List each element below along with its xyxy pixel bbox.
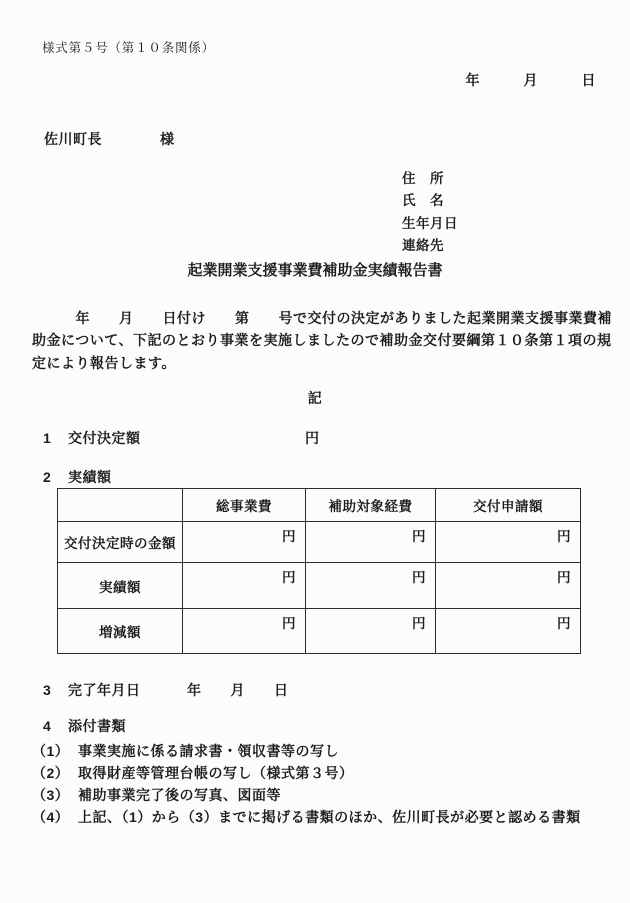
attachment-text-4: 上記、（1）から（3）までに掲げる書類のほか、佐川町長が必要と認める書類: [78, 809, 581, 825]
amount-cell-decision-total: 円: [183, 522, 306, 563]
applicant-contact-label: 連絡先: [402, 235, 458, 257]
attachment-list: （1）事業実施に係る請求書・領収書等の写し （2）取得財産等管理台帳の写し（様式…: [32, 740, 581, 828]
attachment-item-1: （1）事業実施に係る請求書・領収書等の写し: [32, 740, 581, 762]
attachment-item-2: （2）取得財産等管理台帳の写し（様式第３号）: [32, 762, 581, 784]
item-3-line: 3完了年月日: [43, 680, 141, 700]
item-3-label: 完了年月日: [68, 682, 141, 698]
item-1-number: 1: [43, 430, 68, 446]
amount-cell-actual-application: 円: [436, 563, 581, 609]
applicant-birthdate-label: 生年月日: [402, 213, 458, 235]
applicant-name-label: 氏 名: [402, 190, 458, 212]
body-paragraph-line-3: 定により報告します。: [32, 352, 612, 374]
table-header-total-cost: 総事業費: [183, 489, 306, 522]
row-label-actual-amount: 実績額: [58, 563, 183, 609]
item-3-date-blank: 年 月 日: [187, 680, 289, 700]
form-number: 様式第５号（第１０条関係）: [42, 38, 215, 56]
body-paragraph-line-2: 助金について、下記のとおり事業を実施しましたので補助金交付要綱第１０条第１項の規: [32, 329, 612, 351]
attachment-marker-2: （2）: [32, 762, 78, 784]
table-header-application-amount: 交付申請額: [436, 489, 581, 522]
table-header-row: 総事業費 補助対象経費 交付申請額: [58, 489, 581, 522]
attachment-marker-3: （3）: [32, 784, 78, 806]
item-1-label: 交付決定額: [68, 430, 141, 446]
amount-cell-difference-target: 円: [306, 609, 436, 654]
table-row-actual-amount: 実績額 円 円 円: [58, 563, 581, 609]
header-date-line: 年 月 日: [466, 70, 597, 90]
body-paragraph-line-1: 年 月 日付け 第 号で交付の決定がありました起業開業支援事業費補: [32, 307, 612, 329]
item-4-number: 4: [43, 718, 68, 734]
amount-cell-decision-application: 円: [436, 522, 581, 563]
amount-cell-actual-target: 円: [306, 563, 436, 609]
record-marker: 記: [0, 388, 630, 408]
attachment-item-3: （3）補助事業完了後の写真、図面等: [32, 784, 581, 806]
item-2-line: 2実績額: [43, 467, 112, 487]
attachment-marker-4: （4）: [32, 806, 78, 828]
results-table: 総事業費 補助対象経費 交付申請額 交付決定時の金額 円 円 円 実績額 円 円…: [57, 488, 581, 654]
addressee-line: 佐川町長様: [44, 129, 175, 149]
amount-cell-difference-total: 円: [183, 609, 306, 654]
table-header-subsidy-target-cost: 補助対象経費: [306, 489, 436, 522]
table-row-difference-amount: 増減額 円 円 円: [58, 609, 581, 654]
addressee-name: 佐川町長: [44, 131, 102, 147]
attachment-item-4: （4）上記、（1）から（3）までに掲げる書類のほか、佐川町長が必要と認める書類: [32, 806, 581, 828]
item-4-line: 4添付書類: [43, 716, 126, 736]
amount-cell-difference-application: 円: [436, 609, 581, 654]
attachment-text-1: 事業実施に係る請求書・領収書等の写し: [78, 743, 339, 759]
applicant-block: 住 所 氏 名 生年月日 連絡先: [402, 168, 458, 258]
item-1-line: 1交付決定額: [43, 428, 141, 448]
amount-cell-decision-target: 円: [306, 522, 436, 563]
amount-cell-actual-total: 円: [183, 563, 306, 609]
attachment-marker-1: （1）: [32, 740, 78, 762]
table-row-decision-amount: 交付決定時の金額 円 円 円: [58, 522, 581, 563]
addressee-honorific: 様: [160, 131, 175, 147]
row-label-difference-amount: 増減額: [58, 609, 183, 654]
table-corner-cell: [58, 489, 183, 522]
attachment-text-3: 補助事業完了後の写真、図面等: [78, 787, 281, 803]
item-3-number: 3: [43, 682, 68, 698]
document-title: 起業開業支援事業費補助金実績報告書: [0, 259, 630, 280]
row-label-decision-amount: 交付決定時の金額: [58, 522, 183, 563]
applicant-address-label: 住 所: [402, 168, 458, 190]
attachment-text-2: 取得財産等管理台帳の写し（様式第３号）: [78, 765, 354, 781]
item-2-label: 実績額: [68, 469, 112, 485]
item-2-number: 2: [43, 469, 68, 485]
item-4-label: 添付書類: [68, 718, 126, 734]
body-paragraph: 年 月 日付け 第 号で交付の決定がありました起業開業支援事業費補 助金について…: [32, 307, 612, 374]
item-1-unit: 円: [305, 428, 320, 448]
document-page: 様式第５号（第１０条関係） 年 月 日 佐川町長様 住 所 氏 名 生年月日 連…: [0, 0, 630, 903]
